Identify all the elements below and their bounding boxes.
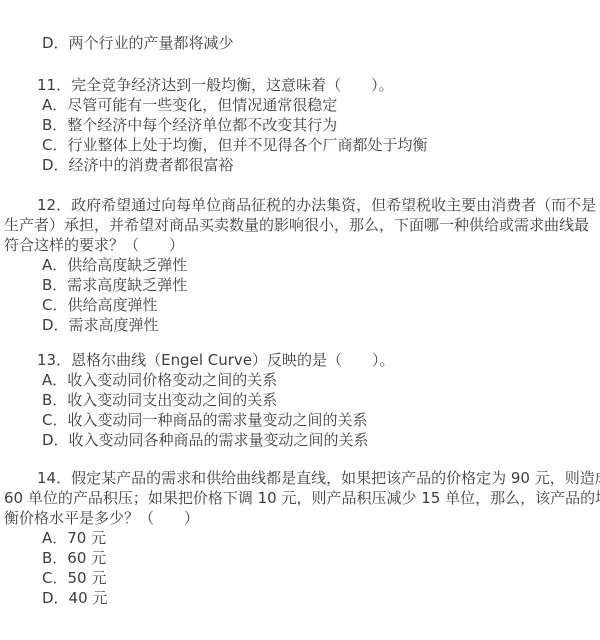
question-14: 14．假定某产品的需求和供给曲线都是直线，如果把该产品的价格定为 90 元，则造… — [4, 468, 594, 608]
question-12-stem-line-2: 生产者）承担，并希望对商品买卖数量的影响很小，那么，下面哪一种供给或需求曲线最 — [4, 215, 594, 235]
question-14-option-c: C．50 元 — [4, 568, 594, 588]
question-13-option-b: B．收入变动同支出变动之间的关系 — [4, 390, 594, 410]
question-12: 12．政府希望通过向每单位商品征税的办法集资，但希望税收主要由消费者（而不是 生… — [4, 195, 594, 335]
question-14-option-b: B．60 元 — [4, 548, 594, 568]
question-12-option-c: C．供给高度弹性 — [4, 295, 594, 315]
question-11: 11．完全竞争经济达到一般均衡，这意味着（ ）。 A．尽管可能有一些变化，但情况… — [4, 75, 594, 175]
question-13-option-a: A．收入变动同价格变动之间的关系 — [4, 370, 594, 390]
question-11-option-d: D．经济中的消费者都很富裕 — [4, 155, 594, 175]
question-13-option-d: D．收入变动同各种商品的需求量变动之间的关系 — [4, 430, 594, 450]
question-14-option-d: D．40 元 — [4, 588, 594, 608]
question-12-stem-line-3: 符合这样的要求？（ ） — [4, 235, 594, 255]
question-14-stem-line-3: 衡价格水平是多少？（ ） — [4, 508, 594, 528]
question-12-stem-line-1: 12．政府希望通过向每单位商品征税的办法集资，但希望税收主要由消费者（而不是 — [4, 195, 594, 215]
question-11-option-c: C．行业整体上处于均衡，但并不见得各个厂商都处于均衡 — [4, 135, 594, 155]
question-14-stem-line-2: 60 单位的产品积压；如果把价格下调 10 元，则产品积压减少 15 单位，那么… — [4, 488, 594, 508]
question-12-option-d: D．需求高度弹性 — [4, 315, 594, 335]
question-13-stem: 13．恩格尔曲线（Engel Curve）反映的是（ ）。 — [4, 350, 594, 370]
question-14-option-a: A．70 元 — [4, 528, 594, 548]
question-13-option-c: C．收入变动同一种商品的需求量变动之间的关系 — [4, 410, 594, 430]
question-11-option-b: B．整个经济中每个经济单位都不改变其行为 — [4, 115, 594, 135]
question-12-option-b: B．需求高度缺乏弹性 — [4, 275, 594, 295]
question-11-stem: 11．完全竞争经济达到一般均衡，这意味着（ ）。 — [4, 75, 594, 95]
question-13: 13．恩格尔曲线（Engel Curve）反映的是（ ）。 A．收入变动同价格变… — [4, 350, 594, 450]
question-11-option-a: A．尽管可能有一些变化，但情况通常很稳定 — [4, 95, 594, 115]
exam-document-page: D．两个行业的产量都将减少 11．完全竞争经济达到一般均衡，这意味着（ ）。 A… — [0, 0, 600, 640]
question-10-option-d: D．两个行业的产量都将减少 — [4, 33, 594, 53]
question-12-option-a: A．供给高度缺乏弹性 — [4, 255, 594, 275]
question-14-stem-line-1: 14．假定某产品的需求和供给曲线都是直线，如果把该产品的价格定为 90 元，则造… — [4, 468, 594, 488]
